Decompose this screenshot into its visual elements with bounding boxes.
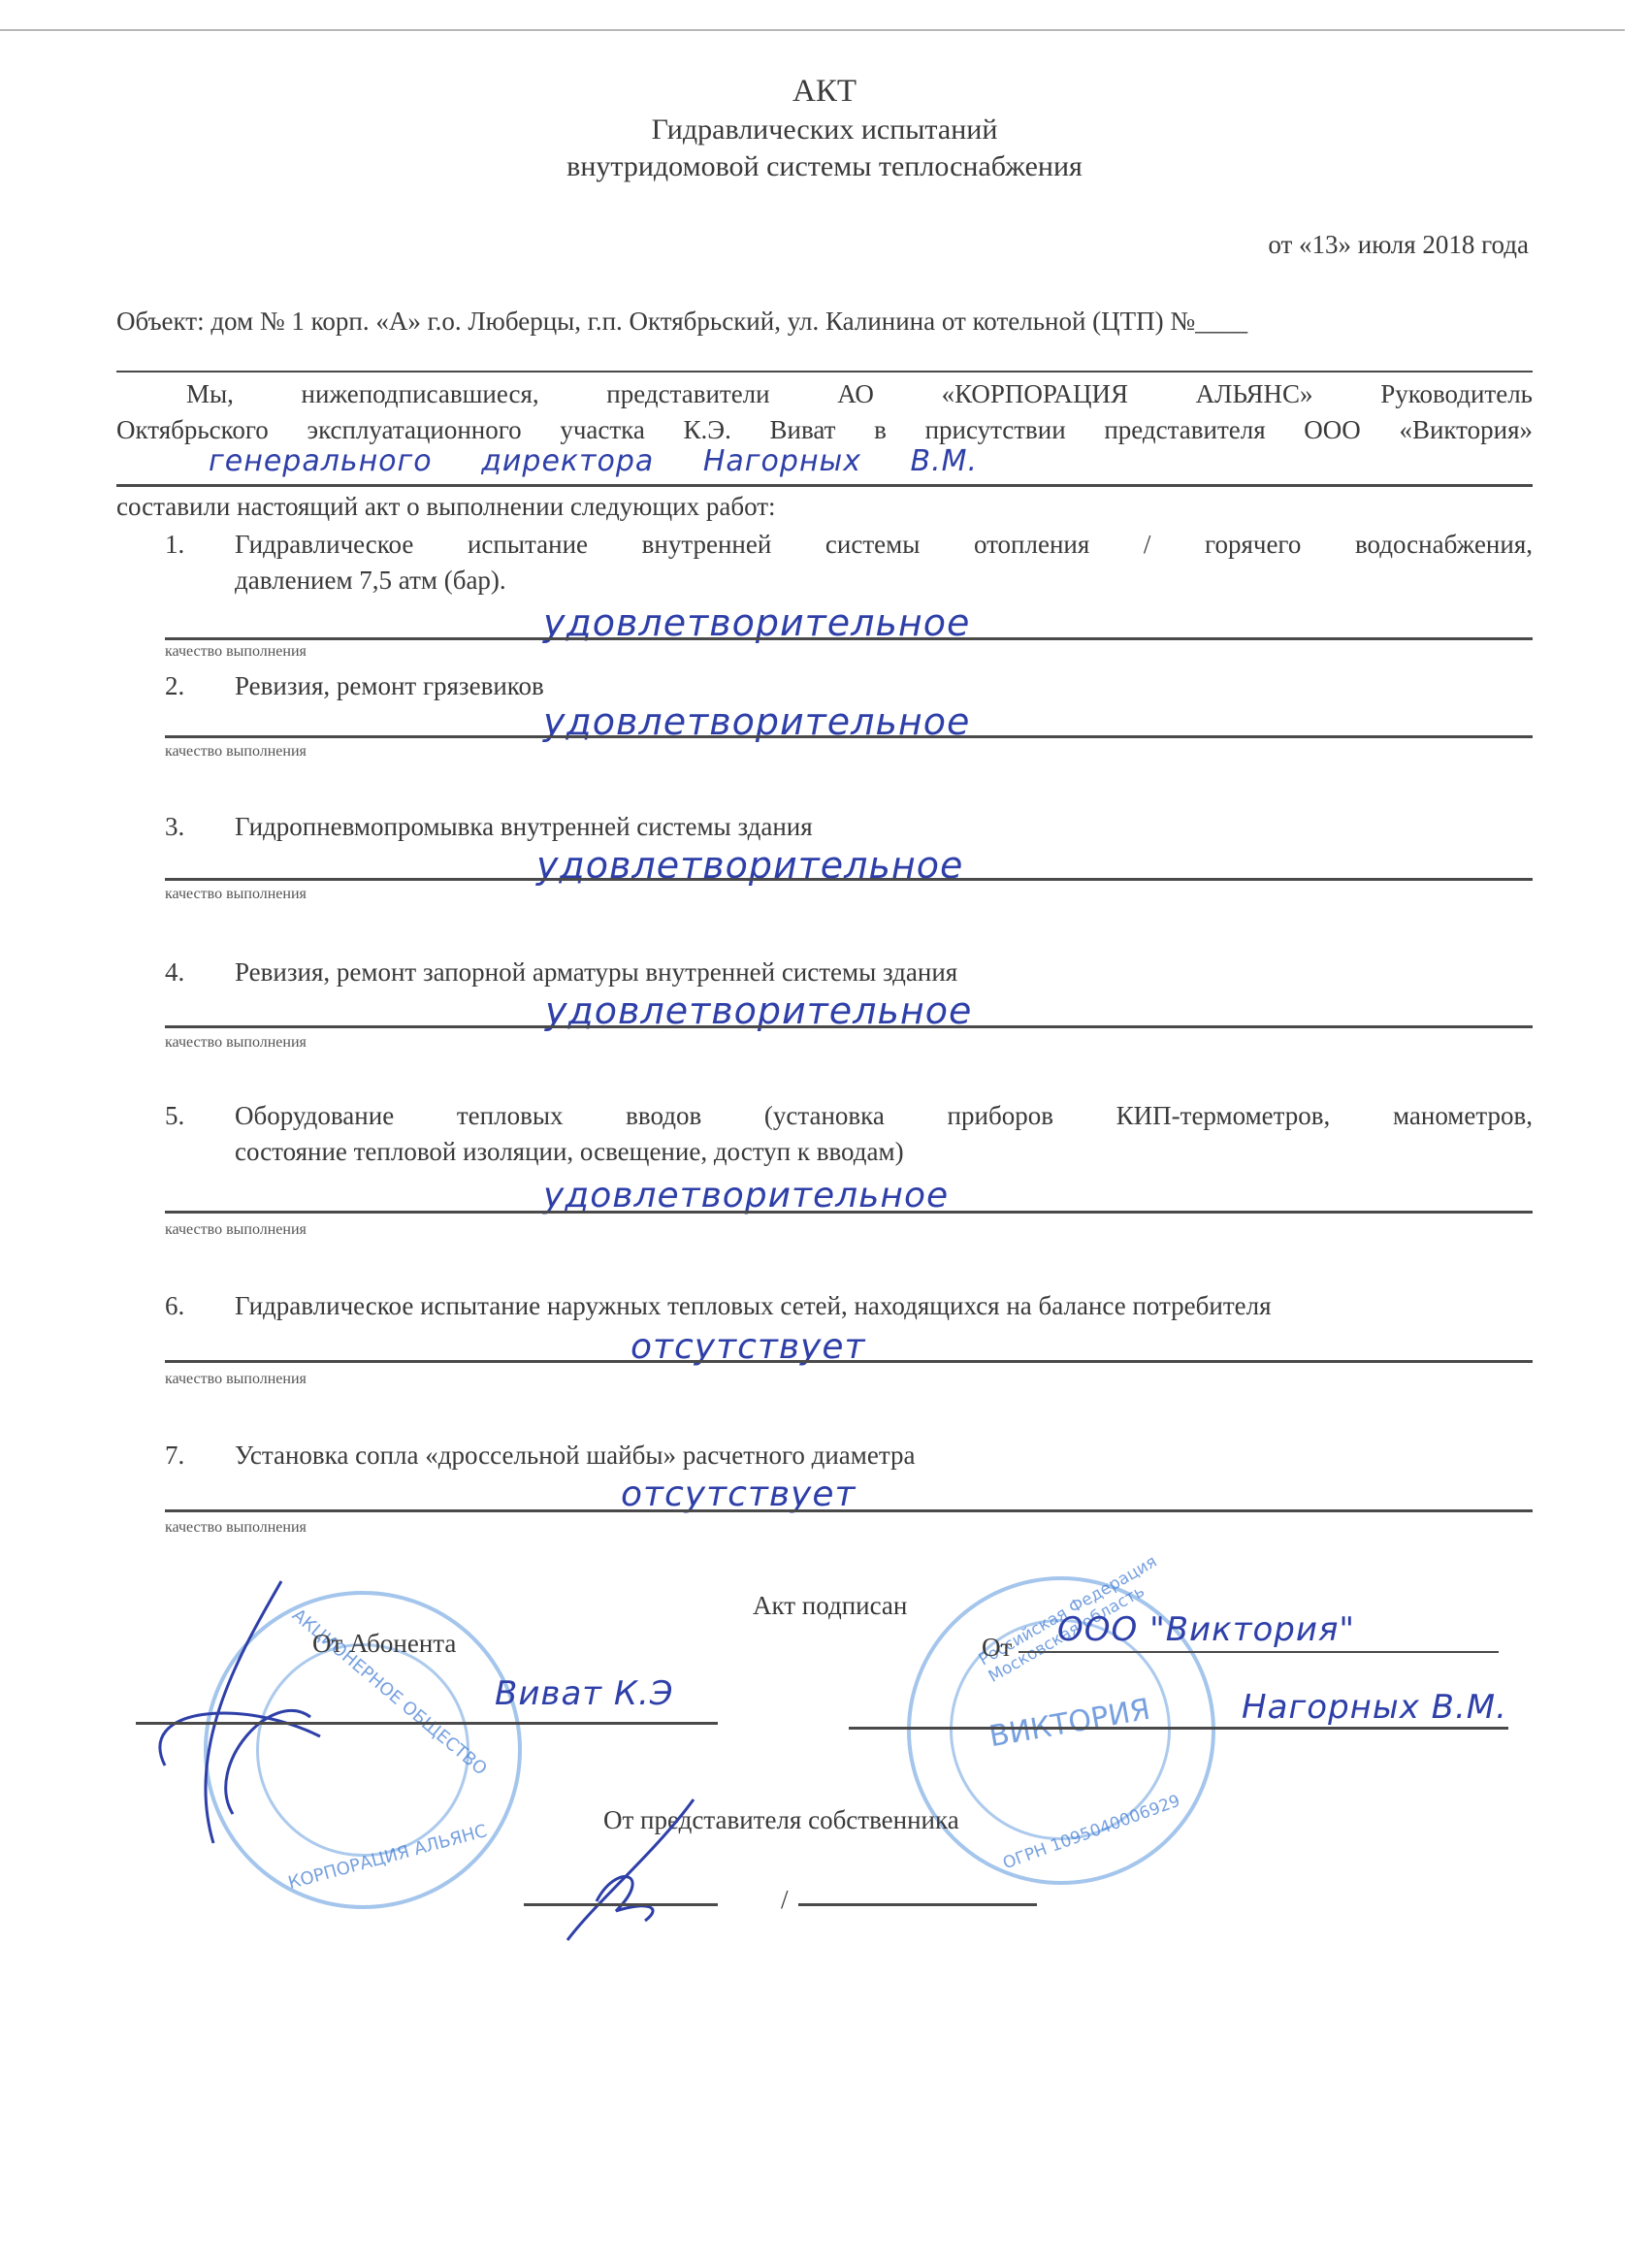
org-signature-line bbox=[849, 1727, 1508, 1730]
work-item-7-result: отсутствует bbox=[621, 1474, 856, 1514]
org-name-line bbox=[1018, 1651, 1499, 1653]
work-number: 3. bbox=[165, 809, 235, 845]
document-title: АКТ bbox=[0, 74, 1649, 110]
org-name: ООО "Виктория" bbox=[1057, 1610, 1355, 1649]
quality-label: качество выполнения bbox=[165, 1221, 307, 1239]
work-number: 5. bbox=[165, 1098, 235, 1134]
owner-separator: / bbox=[781, 1882, 789, 1918]
object-underline bbox=[116, 371, 1533, 373]
work-item-7: 7.Установка сопла «дроссельной шайбы» ра… bbox=[165, 1438, 915, 1474]
work-item-5-result: удовлетворительное bbox=[543, 1176, 949, 1215]
work-number: 4. bbox=[165, 955, 235, 990]
work-number: 6. bbox=[165, 1288, 235, 1324]
document-subtitle-2: внутридомовой системы теплоснабжения bbox=[0, 150, 1649, 183]
quality-label: качество выполнения bbox=[165, 1371, 307, 1388]
subscriber-name: Виват К.Э bbox=[495, 1674, 674, 1713]
work-item-4-underline bbox=[165, 1025, 1533, 1028]
org-representative-name: Нагорных В.М. bbox=[1242, 1688, 1507, 1727]
owner-signature-line bbox=[524, 1903, 718, 1906]
work-item-5-line-2: состояние тепловой изоляции, освещение, … bbox=[235, 1134, 904, 1170]
quality-label: качество выполнения bbox=[165, 743, 307, 761]
handwritten-representative: генерального директора Нагорных В.М. bbox=[209, 444, 978, 478]
quality-label: качество выполнения bbox=[165, 1519, 307, 1537]
work-item-5-underline bbox=[165, 1211, 1533, 1214]
owner-signature-icon bbox=[538, 1795, 732, 1950]
work-item-6-underline bbox=[165, 1360, 1533, 1363]
intro-line-2: Октябрьского эксплуатационного участка К… bbox=[116, 412, 1533, 448]
work-item-2: 2.Ревизия, ремонт грязевиков bbox=[165, 668, 544, 704]
act-signed-label: Акт подписан bbox=[753, 1588, 907, 1624]
work-number: 7. bbox=[165, 1438, 235, 1474]
work-item-7-underline bbox=[165, 1509, 1533, 1512]
object-line: Объект: дом № 1 корп. «А» г.о. Люберцы, … bbox=[116, 304, 1533, 340]
quality-label: качество выполнения bbox=[165, 1034, 307, 1052]
work-item-1-underline bbox=[165, 637, 1533, 640]
work-number: 2. bbox=[165, 668, 235, 704]
quality-label: качество выполнения bbox=[165, 643, 307, 661]
document-date: от «13» июля 2018 года bbox=[1268, 227, 1529, 263]
work-item-6: 6.Гидравлическое испытание наружных тепл… bbox=[165, 1288, 1272, 1324]
work-item-4: 4.Ревизия, ремонт запорной арматуры внут… bbox=[165, 955, 957, 990]
representative-underline bbox=[116, 484, 1533, 487]
document-subtitle-1: Гидравлических испытаний bbox=[0, 113, 1649, 146]
work-item-1-line-2: давлением 7,5 атм (бар). bbox=[235, 563, 506, 599]
work-item-2-underline bbox=[165, 735, 1533, 738]
work-number: 1. bbox=[165, 527, 235, 563]
work-item-3-underline bbox=[165, 878, 1533, 881]
intro-line-1: Мы, нижеподписавшиеся, представители АО … bbox=[116, 376, 1533, 412]
intro-line-3: составили настоящий акт о выполнении сле… bbox=[116, 489, 776, 525]
owner-name-line bbox=[798, 1903, 1037, 1906]
subscriber-signature-icon bbox=[126, 1571, 349, 1863]
from-label: От bbox=[982, 1630, 1012, 1666]
quality-label: качество выполнения bbox=[165, 886, 307, 903]
work-item-3: 3.Гидропневмопромывка внутренней системы… bbox=[165, 809, 813, 845]
work-item-1: 1.Гидравлическое испытание внутренней си… bbox=[165, 527, 1533, 563]
subscriber-signature-line bbox=[136, 1722, 718, 1725]
work-item-5: 5.Оборудование тепловых вводов (установк… bbox=[165, 1098, 1533, 1134]
scan-top-edge bbox=[0, 29, 1625, 31]
